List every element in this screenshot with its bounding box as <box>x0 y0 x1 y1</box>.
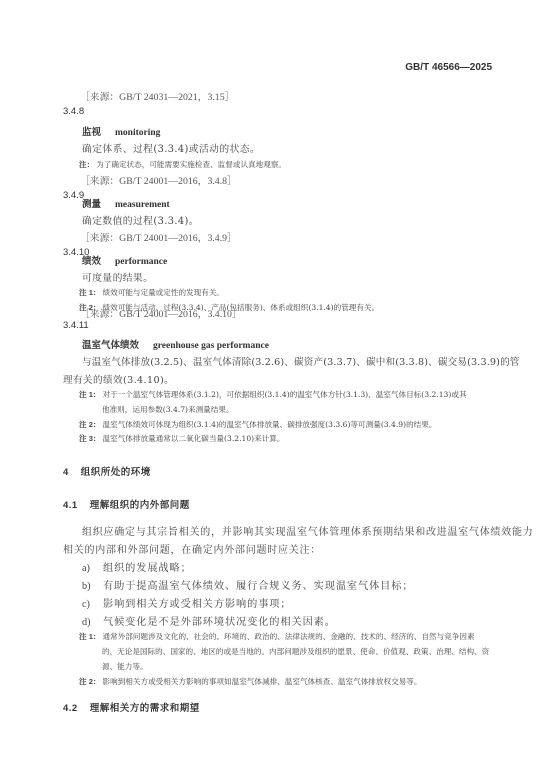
term-heading: 温室气体绩效greenhouse gas performance <box>82 337 269 351</box>
term-note: 注：为了确定状态，可能需要实施检查、监督或认真地观察。 <box>79 159 286 170</box>
term-definition-line2: 理有关的绩效(3.4.10)。 <box>63 372 174 386</box>
term-heading: 监视monitoring <box>82 124 160 138</box>
term-en: performance <box>115 257 167 267</box>
term-zh: 监视 <box>82 127 101 138</box>
section-heading-4: 4组织所处的环境 <box>63 464 151 478</box>
term-note: 注 1：对于一个温室气体管理体系(3.1.2)，可依据组织(3.1.4)的温室气… <box>79 389 467 400</box>
list-item: a)组织的发展战略； <box>82 559 192 574</box>
section-heading-4-1: 4.1理解组织的内外部问题 <box>63 497 190 511</box>
term-zh: 绩效 <box>82 256 101 267</box>
term-zh: 温室气体绩效 <box>82 340 139 351</box>
section-heading-4-2: 4.2理解相关方的需求和期望 <box>63 700 200 714</box>
term-note: 注 1：绩效可能与定量或定性的发现有关。 <box>79 287 224 298</box>
term-note: 注 3：温室气体排放量通常以二氧化碳当量(3.2.10)来计算。 <box>79 433 284 444</box>
term-definition: 确定数值的过程(3.3.4)。 <box>82 213 199 227</box>
term-en: greenhouse gas performance <box>153 341 269 351</box>
paragraph-line2: 相关的内部和外部问题，在确定内外部问题时应关注： <box>63 541 321 556</box>
term-definition-line1: 与温室气体排放(3.2.5)、温室气体清除(3.2.6)、碳资产(3.3.7)、… <box>82 354 520 368</box>
paragraph-line1: 组织应确定与其宗旨相关的，并影响其实现温室气体管理体系预期结果和改进温室气体绩效… <box>82 523 534 538</box>
section-note: 注 2：影响到相关方或受相关方影响的事项如温室气体减排、温室气体核查、温室气体排… <box>79 676 421 687</box>
section-note-continued: 源、能力等。 <box>102 661 148 672</box>
term-en: monitoring <box>115 128 160 138</box>
term-en: measurement <box>115 200 170 210</box>
term-zh: 测量 <box>82 199 101 210</box>
term-note-continued: 他准则，运用参数(3.4.7)来测量结果。 <box>102 404 234 415</box>
standard-id-header: GB/T 46566—2025 <box>405 62 492 73</box>
document-page: GB/T 46566—2025 ［来源：GB/T 24031—2021，3.15… <box>0 0 550 778</box>
term-source: ［来源：GB/T 24001—2016，3.4.10］ <box>80 306 242 320</box>
list-item: c)影响到相关方或受相关方影响的事项； <box>82 595 292 610</box>
term-definition: 确定体系、过程(3.3.4)或活动的状态。 <box>82 141 260 155</box>
term-source: ［来源：GB/T 24031—2021，3.15］ <box>80 89 234 103</box>
term-definition: 可度量的结果。 <box>82 270 153 284</box>
term-heading-measurement: 测量measurement <box>82 196 170 210</box>
section-note-continued: 的，无论是国际的、国家的、地区的或是当地的。内部问题涉及组织的愿景、使命、价值观… <box>102 646 489 657</box>
term-number: 3.4.11 <box>63 320 89 331</box>
term-number: 3.4.9 <box>63 190 84 201</box>
section-note: 注 1：通常外部问题涉及文化的、社会的、环境的、政治的、法律法规的、金融的、技术… <box>79 631 475 642</box>
list-item: d)气候变化是不是外部环境状况变化的相关因素。 <box>82 613 336 628</box>
list-item: b)有助于提高温室气体绩效、履行合规义务、实现温室气体目标； <box>82 577 413 592</box>
term-note: 注 2：温室气体绩效可体现为组织(3.1.4)的温室气体排放量、碳排放强度(3.… <box>79 419 436 430</box>
term-source: ［来源：GB/T 24001—2016，3.4.9］ <box>80 230 237 244</box>
term-source: ［来源：GB/T 24001—2016，3.4.8］ <box>80 173 237 187</box>
term-heading: 绩效performance <box>82 253 167 267</box>
term-number: 3.4.8 <box>63 106 84 117</box>
